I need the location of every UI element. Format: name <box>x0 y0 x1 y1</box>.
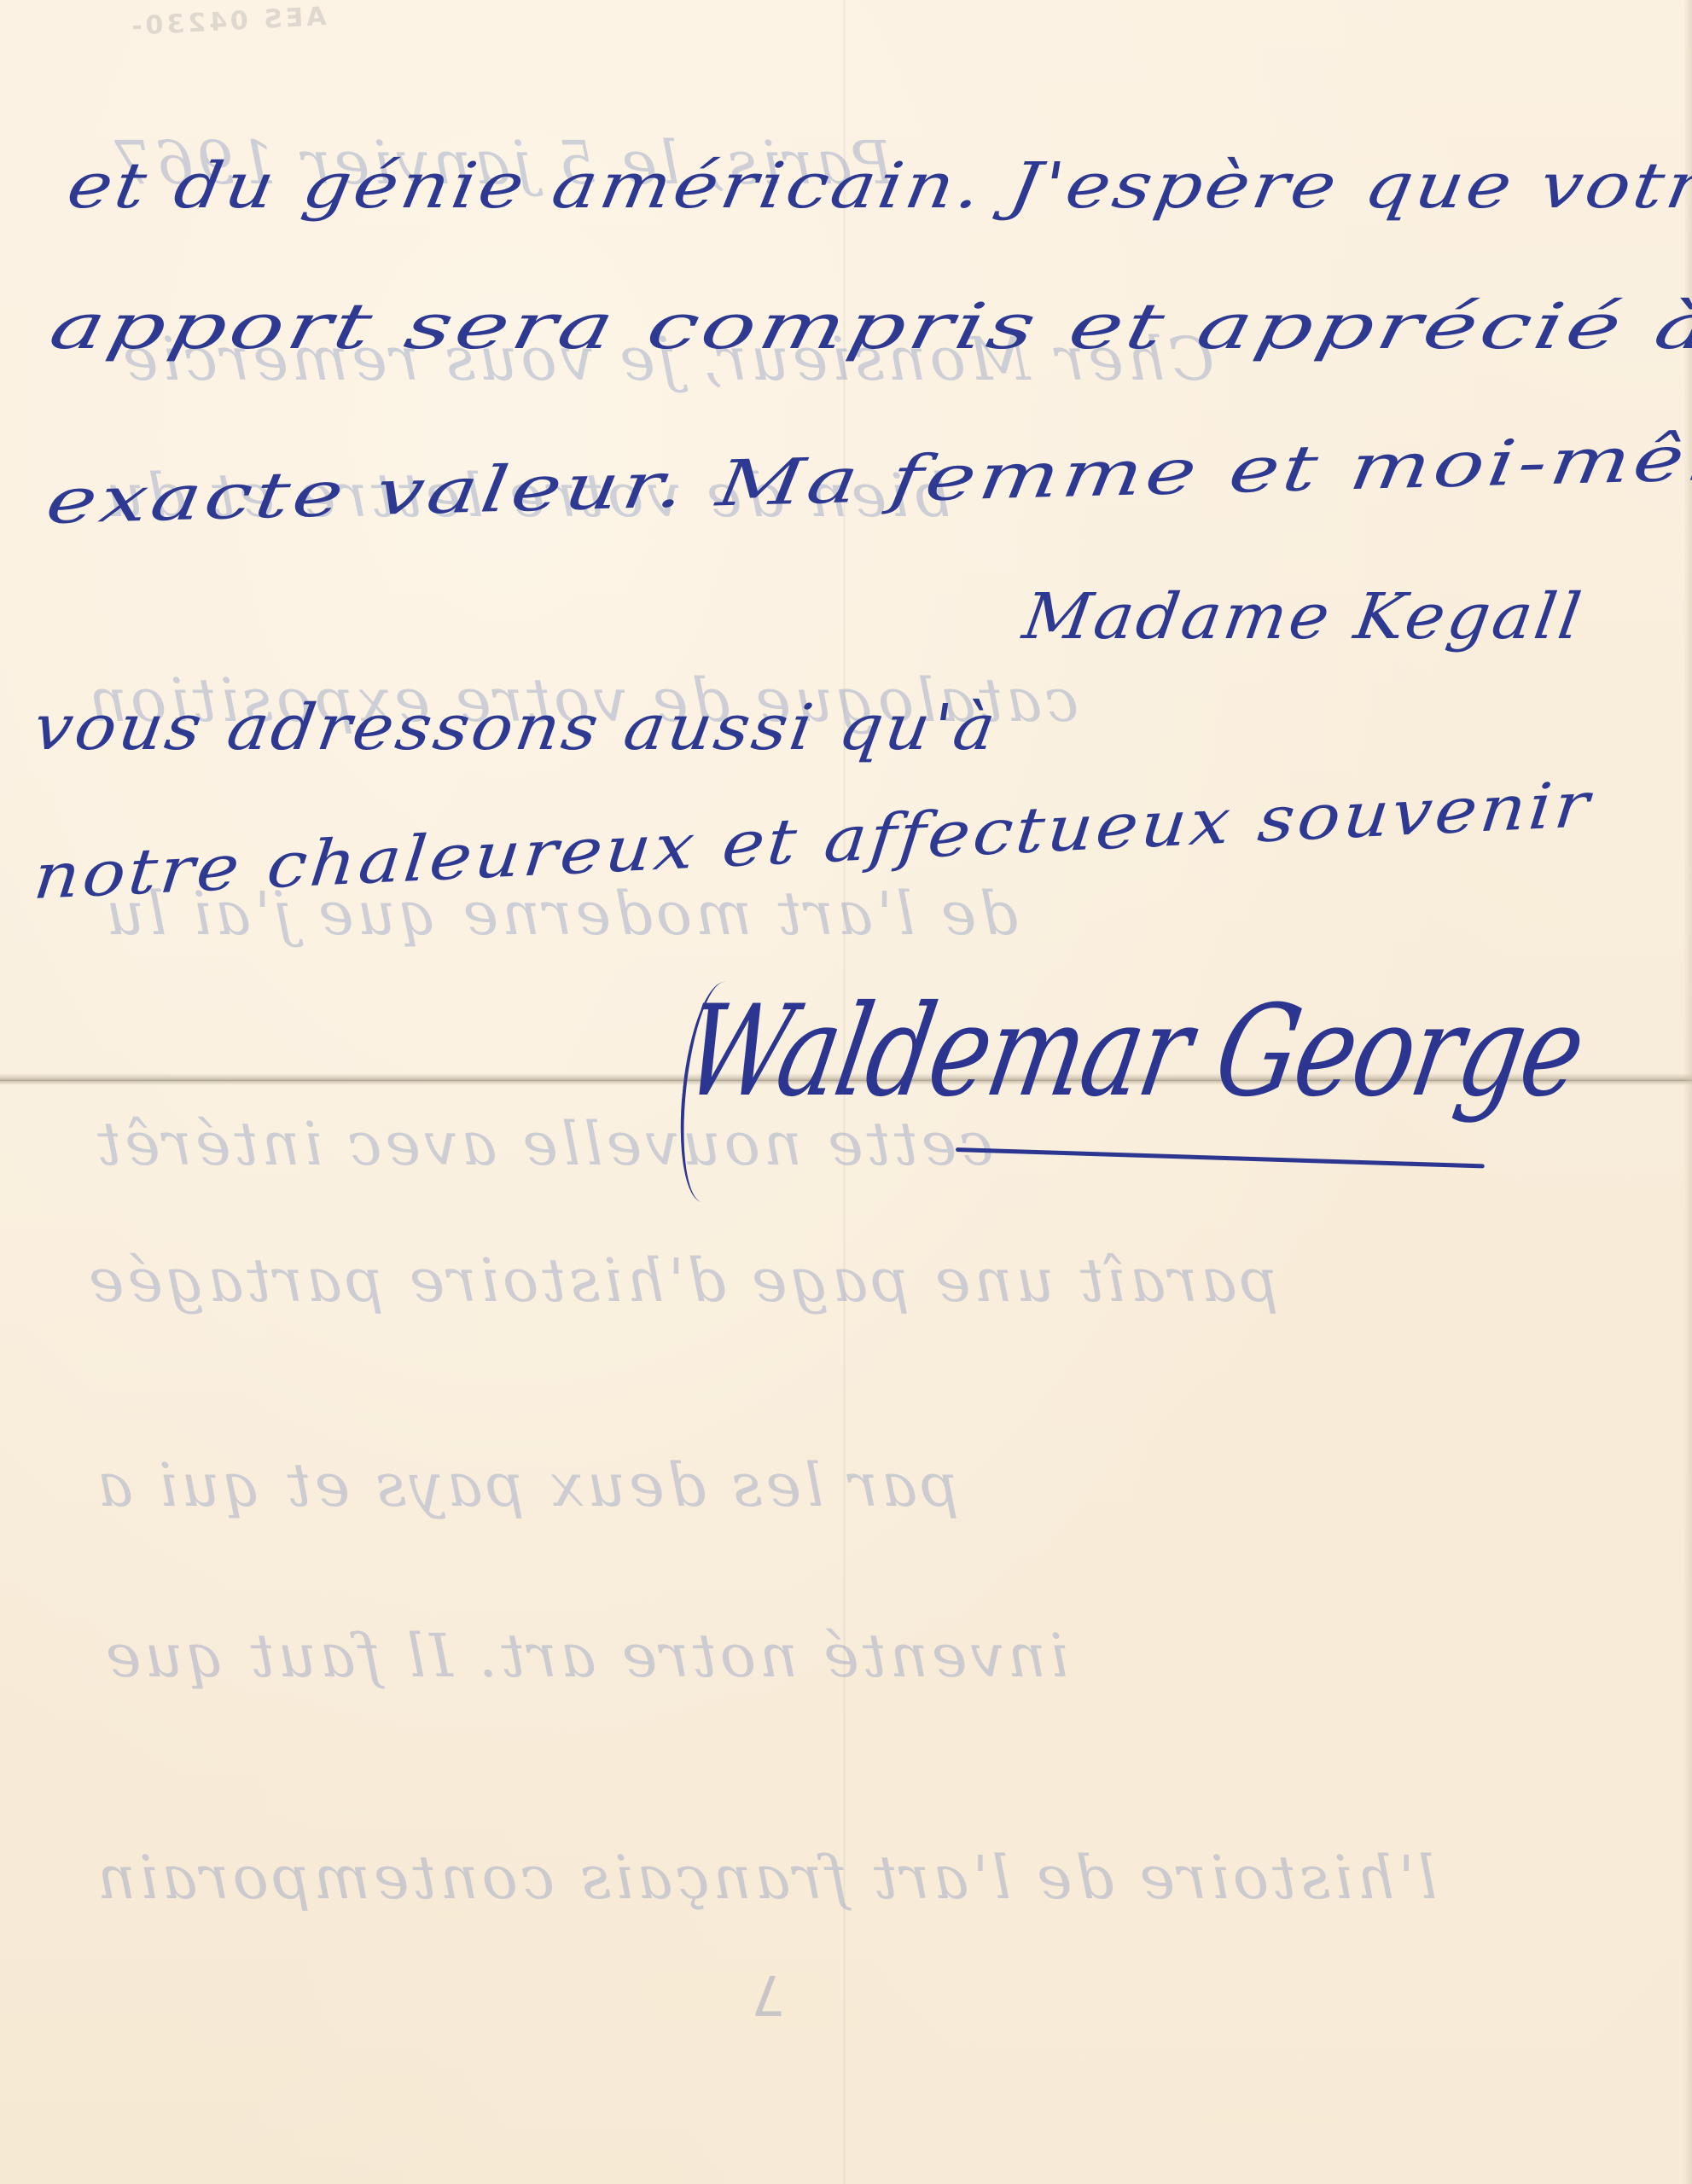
archive-stamp: AES 04230- <box>127 2 327 42</box>
signature: Waldemar George <box>674 978 1594 1125</box>
letter-page: AES 04230- Paris, le 5 janvier 1967 Cher… <box>0 0 1692 2184</box>
letter-line: apport sera compris et apprécié à sa <box>44 290 1692 363</box>
show-through-line: l'histoire de l'art français contemporai… <box>94 1843 1437 1913</box>
show-through-line: par les deux pays et qui a <box>94 1450 959 1520</box>
letter-line: et du génie américain. J'espère que votr… <box>62 149 1692 223</box>
show-through-page-number: 7 <box>751 1962 786 2025</box>
letter-line: Madame Kegall <box>1019 580 1589 653</box>
letter-line: vous adressons aussi qu'à <box>28 691 1003 764</box>
show-through-line: inventé notre art. Il faut que <box>102 1621 1068 1691</box>
show-through-line: paraît une page d'histoire partagée <box>85 1246 1278 1316</box>
signature-underline <box>956 1147 1485 1168</box>
